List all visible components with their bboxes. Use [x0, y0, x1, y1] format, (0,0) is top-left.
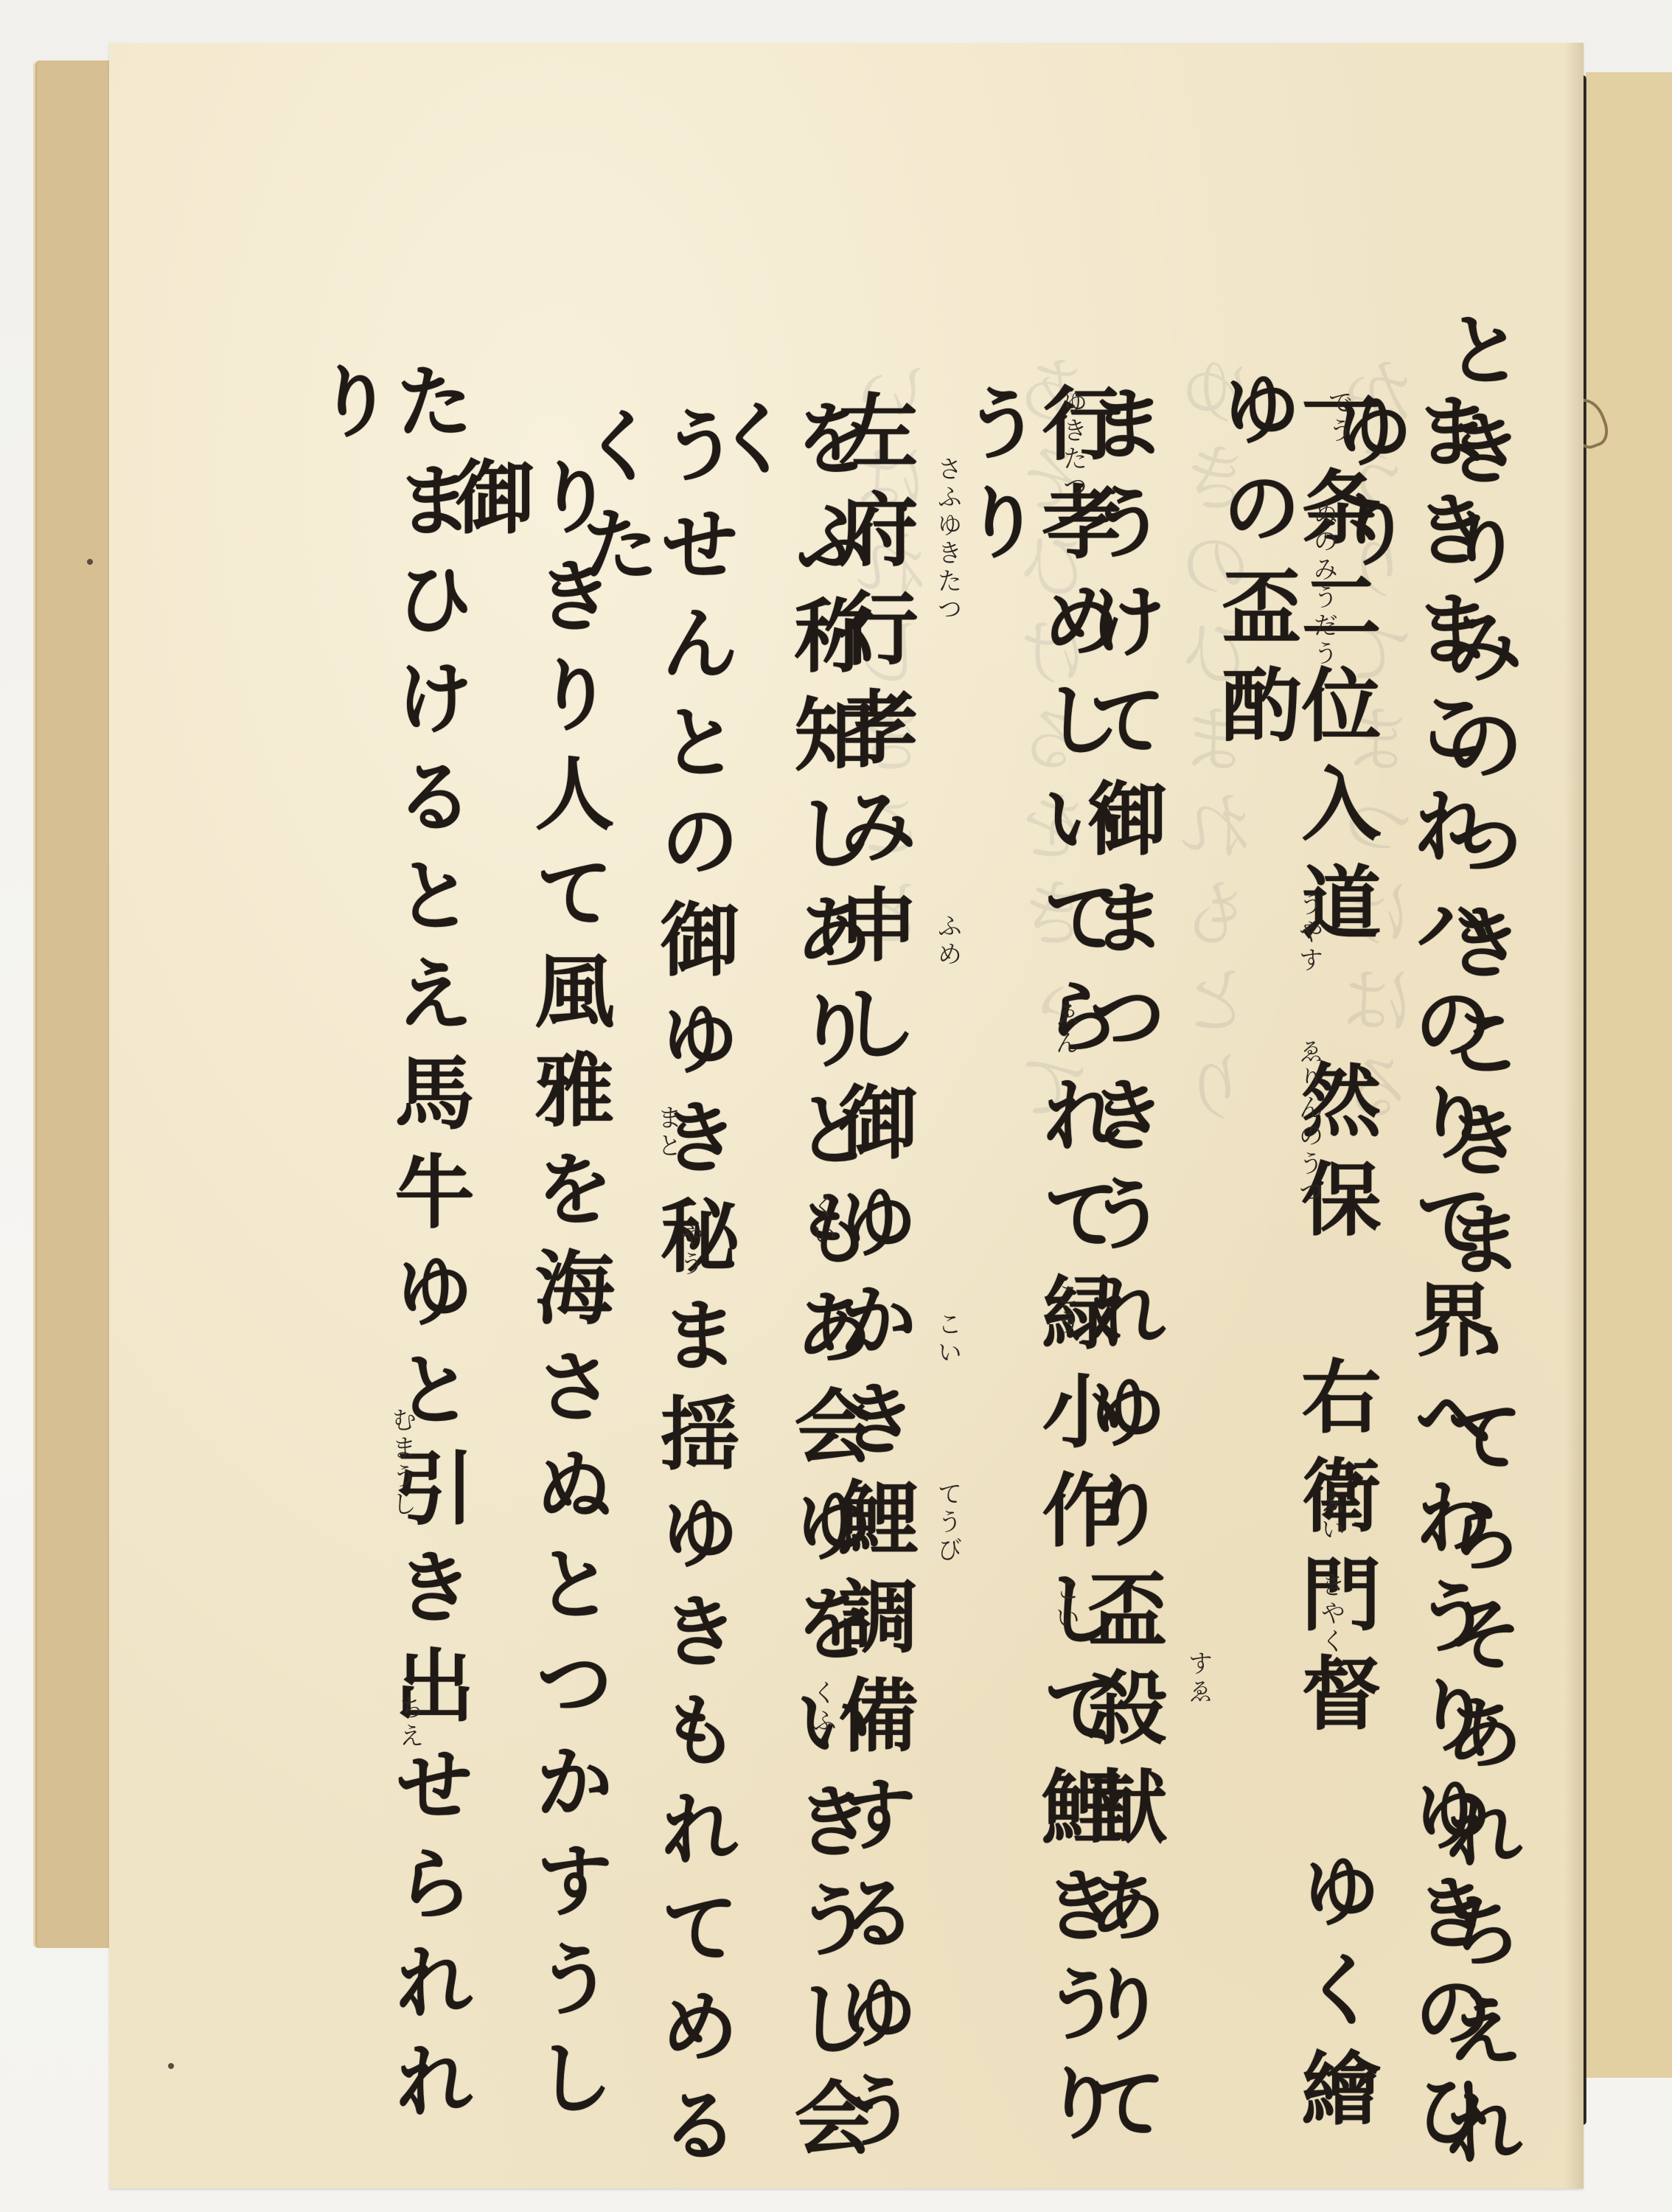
- paper-speck: [87, 559, 93, 565]
- facing-page: [1586, 72, 1672, 2078]
- paper-speck: [168, 2063, 174, 2069]
- text-column-5: 行孝めしいてられて緑小作して鯉きうりうり: [955, 382, 1115, 2188]
- furigana: すゑ: [1185, 1650, 1211, 1706]
- furigana: くい: [809, 1193, 835, 1249]
- furigana: ゑん: [1053, 1001, 1078, 1057]
- text-column-10: たまひけるとえ馬牛ゆと引き出せられれり: [308, 360, 467, 2188]
- furigana: でう: [1326, 389, 1351, 445]
- furigana: ゑい きやく: [1318, 1488, 1343, 1656]
- furigana: うやす: [1296, 891, 1321, 975]
- furigana: ぬのみうだう: [1311, 500, 1336, 668]
- left-page-stack: [37, 60, 118, 1948]
- furigana: てうび: [935, 1481, 960, 1565]
- furigana: こい: [1053, 1576, 1078, 1632]
- furigana: ゑりんのうつ: [1296, 1038, 1321, 1206]
- furigana: こい: [935, 1311, 960, 1367]
- furigana: くふ: [809, 1680, 835, 1736]
- furigana: ゆきたつ: [1060, 389, 1085, 501]
- furigana: さふゆきたつ: [935, 456, 960, 624]
- furigana: むまうし: [389, 1407, 414, 1519]
- furigana: ちえ: [397, 1694, 422, 1750]
- furigana: ふめ: [935, 913, 960, 969]
- furigana: まと: [655, 1105, 680, 1161]
- text-column-3: 一条二位入道 然保 右衛門督 ゆく繪ゆの盃酌: [1215, 367, 1374, 2188]
- furigana: こう: [1053, 1281, 1078, 1338]
- text-columns: ときりみのつきこきまゝてらそあれちえれ まきまこれハのりて界へわうりゆきのひゆり…: [109, 43, 1584, 2188]
- furigana: やう: [677, 1222, 702, 1279]
